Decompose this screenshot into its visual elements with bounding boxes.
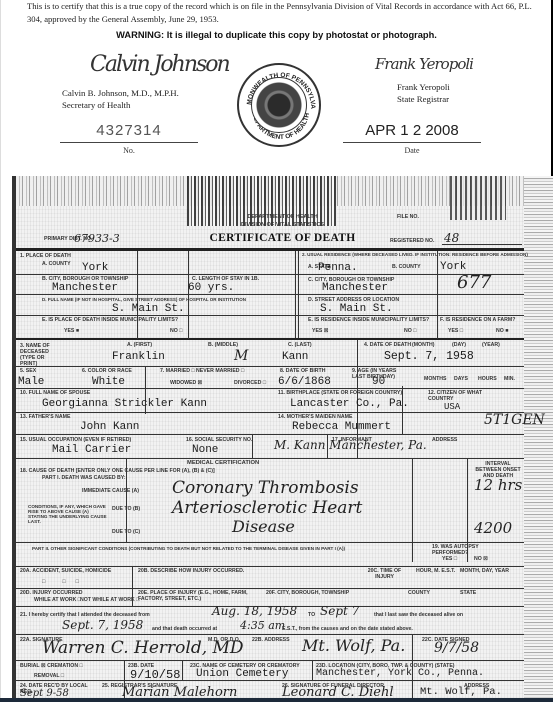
column-line <box>312 660 313 680</box>
last-seen-value: Sept. 7, 1958 <box>62 618 143 632</box>
accident-label: 20a. ACCIDENT, SUICIDE, HOMICIDE <box>20 568 130 574</box>
death-inside-limits-label: e. Is Place of Death Inside Municipality… <box>42 317 178 323</box>
row-line <box>16 338 524 340</box>
age-months-label: Months <box>424 376 446 382</box>
physician-degree-label: M.D. or D.O. <box>208 637 240 643</box>
divorced-checkbox: DIVORCED □ <box>234 380 266 386</box>
header-divider <box>16 248 524 251</box>
first-name-label: a. (First) <box>127 342 152 348</box>
file-no-label: File No. <box>397 214 419 220</box>
section-divider <box>295 251 296 339</box>
residence-county-label: b. County <box>392 264 421 270</box>
citizen-label: 12. CITIZEN OF WHAT COUNTRY <box>428 390 498 402</box>
deceased-name-label: 3. NAME OF DECEASED (Type or print) <box>20 343 60 367</box>
time-units-label: Hour, m. E.S.T. <box>416 568 456 574</box>
autopsy-no: No ☒ <box>474 556 488 562</box>
mother-value: Rebecca Mummert <box>292 421 391 433</box>
column-line <box>182 660 183 680</box>
row-line <box>16 412 524 413</box>
ssn-value: None <box>192 444 218 456</box>
residence-inside-limits-yes: Yes ☒ <box>312 328 328 334</box>
residence-state-value: Penna. <box>318 262 358 274</box>
certificate-number-label: No. <box>60 146 198 155</box>
interval-a-value: 12 hrs <box>474 476 522 494</box>
describe-injury-label: 20b. DESCRIBE HOW INJURY OCCURRED. <box>138 568 244 574</box>
residence-street-value: S. Main St. <box>320 303 393 315</box>
age-value: 90 <box>372 376 385 388</box>
scan-left-bar <box>12 176 16 698</box>
immediate-cause-value: Coronary Thrombosis <box>172 478 359 498</box>
date-recd-value: Sept 9-58 <box>20 688 69 698</box>
primary-dist-value: 67933-3 <box>74 232 120 245</box>
part1-label: PART I. Death was caused by: <box>42 475 126 481</box>
due-to-b-value: Arteriosclerotic Heart <box>172 498 362 518</box>
while-at-work-option: While at work □ <box>34 597 81 603</box>
father-value: John Kann <box>80 421 139 433</box>
hospital-label: d. FULL NAME (If NOT in hospital, give s… <box>42 297 246 302</box>
dob-label: 8. DATE OF BIRTH <box>280 368 325 374</box>
row-line <box>16 315 524 316</box>
death-inside-limits-yes: Yes ■ <box>64 328 79 334</box>
secretary-title: Secretary of Health <box>62 99 179 111</box>
residence-city-value: Manchester <box>322 282 388 294</box>
last-name-label: c. (Last) <box>288 342 312 348</box>
married-label: 7. MARRIED □ NEVER MARRIED □ <box>160 368 244 374</box>
interval-c-value: 4200 <box>474 519 512 537</box>
time-of-injury-label: 20c. Time of Injury <box>362 568 407 580</box>
color-value: White <box>92 376 125 388</box>
residence-inside-limits-label: e. Is Residence Inside Municipality Limi… <box>308 317 429 323</box>
ssn-label: 16. Social Security No. <box>186 437 252 443</box>
row-line <box>16 388 524 389</box>
physician-address-label: 22b. ADDRESS <box>252 637 290 643</box>
secretary-signature: Calvin Johnson <box>90 52 229 77</box>
scan-right-edge <box>524 176 553 698</box>
due-to-c-label: DUE TO (c) <box>112 529 140 535</box>
row-line <box>16 366 524 367</box>
certificate-number-value: 4327314 <box>60 122 198 143</box>
age-hours-label: Hours <box>478 376 497 382</box>
middle-name-value: M <box>234 348 248 364</box>
residence-inside-limits-no: No □ <box>404 328 416 334</box>
mother-label: 14. MOTHER'S MAIDEN NAME <box>278 414 352 420</box>
part2-label: PART II. OTHER SIGNIFICANT CONDITIONS (c… <box>32 546 345 551</box>
duplication-warning: WARNING: It is illegal to duplicate this… <box>0 30 553 40</box>
father-label: 13. FATHER'S NAME <box>20 414 70 420</box>
burial-label: BURIAL ☒ CREMATION □ <box>20 663 83 669</box>
spouse-label: 10. FULL NAME OF SPOUSE <box>20 390 90 396</box>
farm-label: f. Is Residence on a Farm? <box>440 317 515 323</box>
attestation-text-2: that I last saw the deceased alive on <box>374 612 463 618</box>
dod-month-label: (Month) <box>412 342 434 348</box>
registrar-title: State Registrar <box>397 93 450 105</box>
issue-date-value: APR 1 2 2008 <box>343 122 481 143</box>
death-county-value: York <box>82 262 108 274</box>
date-of-death-value: Sept. 7, 1958 <box>384 350 474 363</box>
burial-location-value: Manchester, York Co., Penna. <box>316 668 484 679</box>
burial-date-value: 9/10/58 <box>130 668 180 682</box>
injury-city-label: 20f. CITY, BOROUGH, TOWNSHIP <box>266 590 349 596</box>
due-to-b-label: DUE TO (b) <box>112 506 140 512</box>
cause-of-death-label: 18. CAUSE OF DEATH [Enter only one cause… <box>20 468 215 474</box>
birthplace-value: Lancaster Co., Pa. <box>290 398 409 410</box>
local-registrar-signature: Marian Malehorn <box>122 685 237 698</box>
spouse-value: Georgianna Strickler Kann <box>42 398 207 410</box>
certification-text: This is to certify that this is a true c… <box>27 0 532 26</box>
row-line <box>16 660 524 661</box>
secretary-of-health-block: Calvin B. Johnson, M.D., M.P.H. Secretar… <box>62 87 179 111</box>
death-city-value: Manchester <box>52 282 118 294</box>
row-line <box>16 434 524 435</box>
dod-year-label: (Year) <box>482 342 500 348</box>
attestation-text-3: and that death occurred at <box>152 626 217 632</box>
informant-address-label: ADDRESS <box>432 437 457 443</box>
last-name-value: Kann <box>282 351 308 363</box>
attended-to-value: Sept 7 <box>320 604 359 618</box>
birthplace-label: 11. BIRTHPLACE (State or foreign country… <box>278 390 402 396</box>
color-label: 6. COLOR OR RACE <box>82 368 132 374</box>
director-address-value: Mt. Wolf, Pa. <box>420 686 502 698</box>
death-inside-limits-no: No □ <box>170 328 182 334</box>
certificate-number: 4327314 No. <box>60 122 198 155</box>
column-line <box>437 251 438 339</box>
attended-from-value: Aug. 18, 1958 <box>212 604 297 618</box>
residence-code-note: 677 <box>457 272 491 293</box>
dob-value: 6/6/1868 <box>278 376 331 388</box>
registrar-signature: Frank Yeropoli <box>375 55 473 73</box>
first-name-value: Franklin <box>112 351 165 363</box>
seal-emblem-icon <box>251 77 307 133</box>
death-certificate-scan: DEPARTMENT OF HEALTH DIVISION OF VITAL S… <box>12 176 553 698</box>
autopsy-label: 19. WAS AUTOPSY PERFORMED? <box>432 544 512 556</box>
attended-to-label: to <box>308 612 315 618</box>
conditions-label: Conditions, if any, which gave rise to a… <box>28 504 108 524</box>
state-registrar-block: Frank Yeropoli State Registrar <box>397 81 450 105</box>
column-line <box>402 386 403 434</box>
injury-county-label: COUNTY <box>408 590 430 596</box>
registrar-name: Frank Yeropoli <box>397 81 450 93</box>
physician-address: Mt. Wolf, Pa. <box>302 636 405 655</box>
date-signed-value: 9/7/58 <box>434 640 479 656</box>
cemetery-value: Union Cemetery <box>196 668 288 680</box>
sex-label: 5. SEX <box>20 368 36 374</box>
date-of-death-label: 4. DATE OF DEATH <box>364 342 411 348</box>
row-line <box>16 680 524 681</box>
not-at-work-option: Not while at work □ <box>80 597 139 603</box>
death-time-value: 4:35 am <box>240 619 285 632</box>
row-line <box>16 458 524 459</box>
margin-annotation: 5T1GEN <box>484 412 545 428</box>
row-line <box>16 634 524 635</box>
widowed-checkbox: WIDOWED ☒ <box>170 380 202 386</box>
place-of-injury-label: 20e. PLACE OF INJURY (e.g., home, farm, … <box>138 590 258 602</box>
immediate-cause-label: IMMEDIATE CAUSE (a) <box>82 488 139 494</box>
farm-no: No ■ <box>496 328 508 334</box>
informant-value: M. Kann Manchester, Pa. <box>274 438 427 452</box>
autopsy-yes: Yes □ <box>442 556 457 562</box>
row-line <box>16 294 524 295</box>
occupation-value: Mail Carrier <box>52 444 131 456</box>
place-of-death-label: 1. PLACE OF DEATH <box>20 253 71 259</box>
issue-date: APR 1 2 2008 Date <box>343 122 481 155</box>
row-line <box>16 274 524 275</box>
date-units-label: Month, Day, Year <box>460 568 509 574</box>
occupation-label: 15. USUAL OCCUPATION (even if retired) <box>20 437 131 443</box>
issue-date-label: Date <box>343 146 481 155</box>
medical-certification-heading: MEDICAL CERTIFICATION <box>187 460 259 466</box>
scan-bottom-edge <box>0 698 553 702</box>
registered-no-underline <box>442 244 522 245</box>
department-heading: DEPARTMENT OF HEALTH <box>12 214 553 220</box>
dod-day-label: (Day) <box>452 342 466 348</box>
due-to-c-value: Disease <box>232 517 295 536</box>
registered-no-value: 48 <box>444 231 459 245</box>
farm-yes: Yes □ <box>448 328 463 334</box>
usual-residence-label: 2. USUAL RESIDENCE (where deceased lived… <box>302 252 528 257</box>
removal-option: REMOVAL □ <box>34 673 64 679</box>
length-of-stay-value: 60 yrs. <box>188 282 234 294</box>
department-of-health-seal-icon: COMMONWEALTH OF PENNSYLVANIA DEPARTMENT … <box>237 63 321 147</box>
row-line <box>16 588 524 589</box>
section-divider <box>298 251 299 339</box>
age-days-label: Days <box>454 376 468 382</box>
injury-state-label: STATE <box>460 590 476 596</box>
division-heading: DIVISION OF VITAL STATISTICS <box>12 222 553 228</box>
row-line <box>16 542 524 543</box>
sex-value: Male <box>18 376 44 388</box>
column-line <box>137 251 138 339</box>
accident-checkboxes: □ □ □ <box>42 579 79 585</box>
funeral-director-signature: Leonard C. Diehl <box>282 685 394 698</box>
registered-no-label: Registered No. <box>390 238 434 244</box>
hospital-value: S. Main St. <box>112 303 185 315</box>
secretary-name: Calvin B. Johnson, M.D., M.P.H. <box>62 87 179 99</box>
attestation-text-4: E.S.T., from the causes and on the date … <box>282 626 413 632</box>
column-line <box>188 251 189 339</box>
injury-occurred-label: 20d. INJURY OCCURRED <box>20 590 83 596</box>
age-min-label: Min. <box>504 376 515 382</box>
death-county-label: a. County <box>42 261 71 267</box>
citizen-value: USA <box>444 402 460 412</box>
column-line <box>412 458 413 562</box>
row-line <box>16 566 524 567</box>
